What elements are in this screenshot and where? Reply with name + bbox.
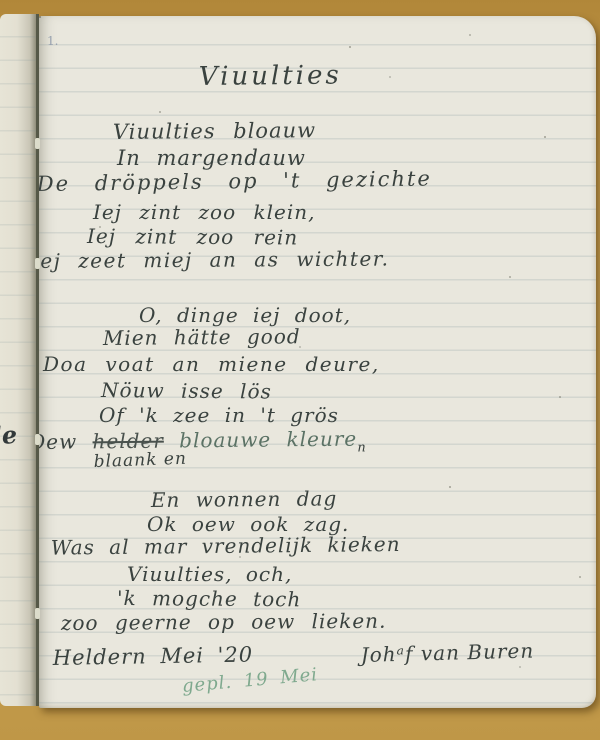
poem-line: En wonnen dag [151, 486, 338, 512]
poem-line: Iej zint zoo klein, [93, 200, 315, 224]
corrected-line-rest: bloauwe kleure [164, 427, 358, 453]
binding-stitch [35, 608, 40, 619]
previous-page-text-fragment: de [0, 420, 18, 451]
previous-page-edge: de [0, 14, 38, 706]
poem-line: Viuulties bloauw [113, 118, 316, 144]
poem-line: In margendauw [117, 146, 306, 170]
corrected-line-prefix: Oew [39, 429, 93, 454]
poem-line: 'k mogche toch [117, 586, 301, 611]
poem-line: Iej zint zoo rein [87, 224, 298, 249]
correction-replacement: blaank en [93, 449, 187, 472]
place-date: Heldern Mei '20 [53, 643, 254, 670]
notebook-page: 1. Viuulties Viuulties bloauw In margend… [39, 16, 596, 708]
notebook-photo: de 1. Viuulties Viuulties bloauw In marg… [0, 0, 600, 740]
ruled-lines-left [0, 14, 38, 706]
poem-line: 'k Was al mar vrendelijk kieken [39, 532, 401, 560]
poem-line: Viuulties, och, [127, 562, 292, 586]
poem-line: Mien hätte good [103, 324, 301, 350]
poem-line: Iej zeet miej an as wichter. [39, 246, 390, 273]
poem-title: Viuulties [199, 61, 342, 92]
paper-specks [39, 16, 41, 18]
binding-gutter [36, 14, 39, 706]
binding-stitch [35, 434, 40, 445]
poem-line: O, dinge iej doot, [139, 303, 351, 327]
poem-line: Nöuw isse lös [101, 378, 272, 403]
binding-stitch [35, 258, 40, 269]
poem-line: zoo geerne op oew lieken. [61, 609, 387, 635]
page-number-mark: 1. [47, 34, 58, 48]
poem-line: Doa voat an miene deure, [43, 352, 380, 376]
binding-stitch [35, 138, 40, 149]
poem-line-corrected: Oew helder bloauwe kleuren [39, 426, 367, 459]
added-letter: n [357, 440, 367, 455]
author-signature: Johᵃf van Buren [360, 638, 534, 667]
poem-line: Of 'k zee in 't grös [99, 403, 339, 427]
